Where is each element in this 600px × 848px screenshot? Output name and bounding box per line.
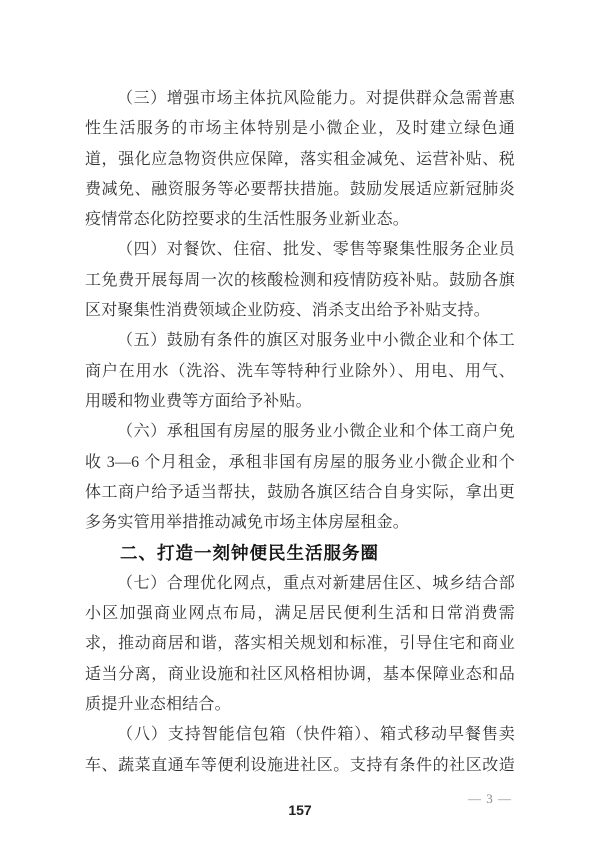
text-line: 小区加强商业网点布局，满足居民便利生活和日常消费需 xyxy=(85,599,515,629)
text-line: （三）增强市场主体抗风险能力。对提供群众急需普惠 xyxy=(85,84,515,114)
text-line: 区对聚集性消费领域企业防疫、消杀支出给予补贴支持。 xyxy=(85,296,515,326)
section-heading: 二、打造一刻钟便民生活服务圈 xyxy=(85,538,515,568)
text-line: 质提升业态相结合。 xyxy=(85,690,515,720)
text-line: 体工商户给予适当帮扶，鼓励各旗区结合自身实际，拿出更 xyxy=(85,478,515,508)
text-line: 疫情常态化防控要求的生活性服务业新业态。 xyxy=(85,205,515,235)
text-line: （四）对餐饮、住宿、批发、零售等聚集性服务企业员 xyxy=(85,235,515,265)
text-line: （八）支持智能信包箱（快件箱）、箱式移动早餐售卖 xyxy=(85,720,515,750)
document-body: （三）增强市场主体抗风险能力。对提供群众急需普惠 性生活服务的市场主体特别是小微… xyxy=(85,84,515,781)
text-line: 道，强化应急物资供应保障，落实租金减免、运营补贴、税 xyxy=(85,145,515,175)
paragraph-clause-4: （四）对餐饮、住宿、批发、零售等聚集性服务企业员 工免费开展每周一次的核酸检测和… xyxy=(85,235,515,326)
text-line: 适当分离，商业设施和社区风格相协调，基本保障业态和品 xyxy=(85,660,515,690)
text-line: 车、蔬菜直通车等便利设施进社区。支持有条件的社区改造 xyxy=(85,751,515,781)
paragraph-clause-3: （三）增强市场主体抗风险能力。对提供群众急需普惠 性生活服务的市场主体特别是小微… xyxy=(85,84,515,235)
text-line: 用暖和物业费等方面给予补贴。 xyxy=(85,387,515,417)
document-page: （三）增强市场主体抗风险能力。对提供群众急需普惠 性生活服务的市场主体特别是小微… xyxy=(0,0,600,848)
text-line: （六）承租国有房屋的服务业小微企业和个体工商户免 xyxy=(85,417,515,447)
paragraph-clause-5: （五）鼓励有条件的旗区对服务业中小微企业和个体工 商户在用水（洗浴、洗车等特种行… xyxy=(85,326,515,417)
text-line: 收 3—6 个月租金，承租非国有房屋的服务业小微企业和个 xyxy=(85,448,515,478)
text-line: 多务实管用举措推动减免市场主体房屋租金。 xyxy=(85,508,515,538)
text-line: （五）鼓励有条件的旗区对服务业中小微企业和个体工 xyxy=(85,326,515,356)
page-number: 157 xyxy=(0,802,600,818)
paragraph-clause-7: （七）合理优化网点，重点对新建居住区、城乡结合部 小区加强商业网点布局，满足居民… xyxy=(85,569,515,720)
text-line: 商户在用水（洗浴、洗车等特种行业除外）、用电、用气、 xyxy=(85,357,515,387)
text-line: 费减免、融资服务等必要帮扶措施。鼓励发展适应新冠肺炎 xyxy=(85,175,515,205)
text-line: 求，推动商居和谐，落实相关规划和标准，引导住宅和商业 xyxy=(85,629,515,659)
text-line: （七）合理优化网点，重点对新建居住区、城乡结合部 xyxy=(85,569,515,599)
paragraph-clause-6: （六）承租国有房屋的服务业小微企业和个体工商户免 收 3—6 个月租金，承租非国… xyxy=(85,417,515,538)
paragraph-clause-8: （八）支持智能信包箱（快件箱）、箱式移动早餐售卖 车、蔬菜直通车等便利设施进社区… xyxy=(85,720,515,781)
text-line: 性生活服务的市场主体特别是小微企业，及时建立绿色通 xyxy=(85,114,515,144)
text-line: 工免费开展每周一次的核酸检测和疫情防疫补贴。鼓励各旗 xyxy=(85,266,515,296)
